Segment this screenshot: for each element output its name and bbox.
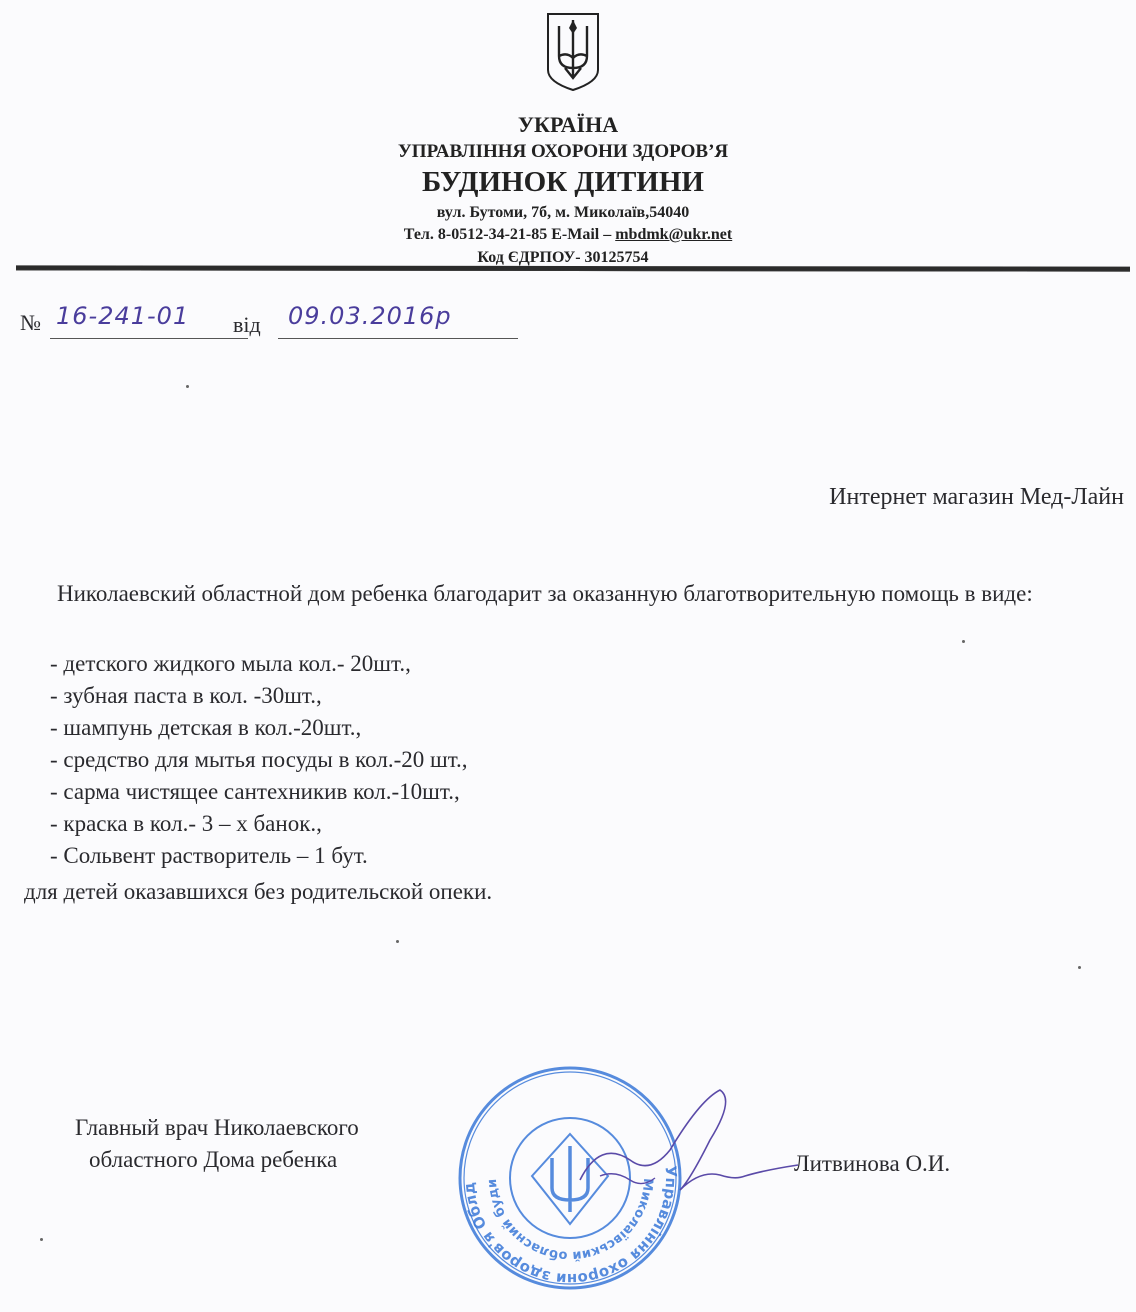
header-divider bbox=[16, 265, 1130, 271]
contacts-line: Тел. 8-0512-34-21-85 E-Mail – mbdmk@ukr.… bbox=[0, 226, 1136, 244]
scan-speck bbox=[186, 385, 189, 388]
list-item: - шампунь детская в кол.-20шт., bbox=[50, 712, 468, 744]
handwritten-signature-icon bbox=[560, 1080, 800, 1210]
registration-row: № 16-241-01 від 09.03.2016р bbox=[20, 302, 520, 342]
closing-line: для детей оказавшихся без родительской о… bbox=[24, 876, 492, 908]
from-label: від bbox=[233, 312, 261, 338]
number-underline bbox=[50, 338, 248, 339]
number-sign: № bbox=[20, 310, 41, 336]
list-item: - средство для мытья посуды в кол.-20 шт… bbox=[50, 744, 468, 776]
scan-speck bbox=[40, 1238, 43, 1241]
signatory-title: Главный врач Николаевского областного До… bbox=[75, 1112, 359, 1176]
trident-coat-of-arms-icon bbox=[545, 12, 601, 92]
signatory-title-line2: областного Дома ребенка bbox=[75, 1144, 359, 1176]
phone-text: Тел. 8-0512-34-21-85 E-Mail – bbox=[404, 226, 615, 243]
edrpou-code: Код ЄДРПОУ- 30125754 bbox=[0, 249, 1131, 267]
signatory-name: Литвинова О.И. bbox=[794, 1151, 950, 1177]
scan-speck bbox=[1078, 966, 1081, 969]
list-item: - Сольвент растворитель – 1 бут. bbox=[50, 840, 468, 872]
organization-heading: БУДИНОК ДИТИНИ bbox=[0, 166, 1131, 199]
country-heading: УКРАЇНА bbox=[0, 112, 1136, 138]
scan-speck bbox=[396, 940, 399, 943]
email-link[interactable]: mbdmk@ukr.net bbox=[615, 226, 732, 243]
list-item: - детского жидкого мыла кол.- 20шт., bbox=[50, 648, 468, 680]
donation-items-list: - детского жидкого мыла кол.- 20шт., - з… bbox=[50, 648, 468, 872]
scan-speck bbox=[962, 640, 965, 643]
registration-date: 09.03.2016р bbox=[288, 302, 452, 330]
list-item: - сарма чистящее сантехникив кол.-10шт., bbox=[50, 776, 468, 808]
body-paragraph: Николаевский областной дом ребенка благо… bbox=[17, 578, 1123, 610]
registration-number: 16-241-01 bbox=[56, 302, 189, 330]
list-item: - зубная паста в кол. -30шт., bbox=[50, 680, 468, 712]
list-item: - краска в кол.- 3 – х банок., bbox=[50, 808, 468, 840]
signatory-title-line1: Главный врач Николаевского bbox=[75, 1112, 359, 1144]
address-line: вул. Бутоми, 7б, м. Миколаїв,54040 bbox=[0, 204, 1131, 222]
date-underline bbox=[278, 338, 518, 339]
recipient: Интернет магазин Мед-Лайн bbox=[829, 484, 1124, 511]
department-heading: УПРАВЛІННЯ ОХОРОНИ ЗДОРОВ’Я bbox=[0, 141, 1131, 163]
